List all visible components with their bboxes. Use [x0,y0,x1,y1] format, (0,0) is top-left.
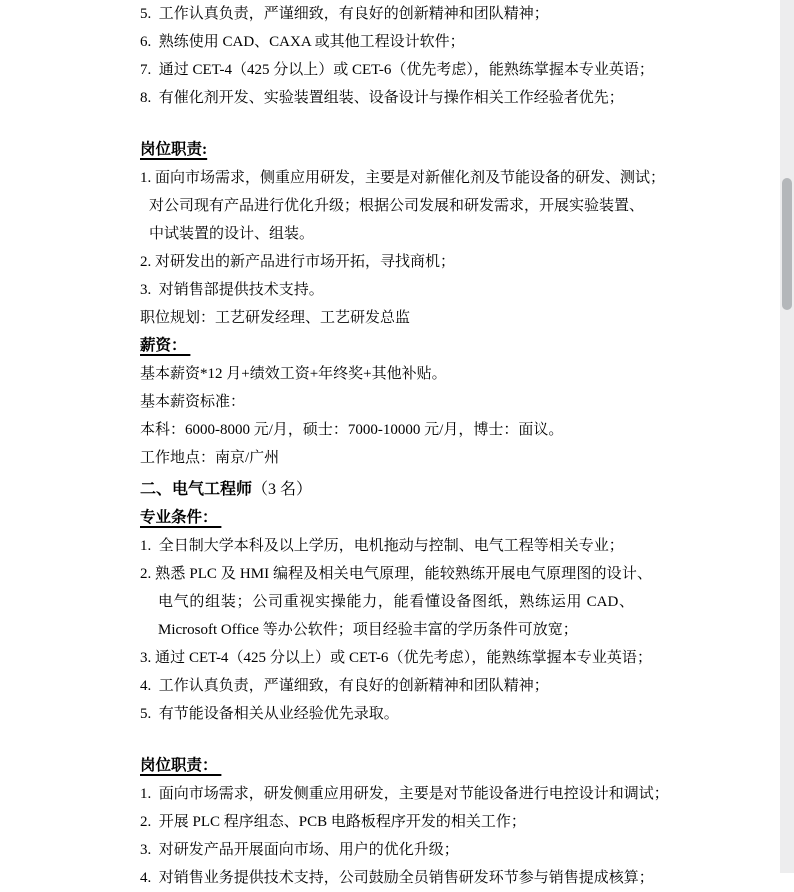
document-page: 5. 工作认真负责，严谨细致，有良好的创新精神和团队精神；6. 熟练使用 CAD… [0,0,780,873]
doc-line: 3. 对销售部提供技术支持。 [140,276,780,304]
doc-line: 中试装置的设计、组装。 [140,220,780,248]
doc-line: 8. 有催化剂开发、实验装置组装、设备设计与操作相关工作经验者优先； [140,84,780,112]
doc-line: 2. 对研发出的新产品进行市场开拓，寻找商机； [140,248,780,276]
job-title: 二、电气工程师（3 名） [140,476,780,504]
job-title-headcount: （3 名） [252,481,312,498]
doc-line: 4. 工作认真负责，严谨细致，有良好的创新精神和团队精神； [140,672,780,700]
doc-line: 7. 通过 CET-4（425 分以上）或 CET-6（优先考虑），能熟练掌握本… [140,56,780,84]
doc-line: Microsoft Office 等办公软件；项目经验丰富的学历条件可放宽； [140,616,780,644]
doc-line: 本科：6000-8000 元/月，硕士：7000-10000 元/月，博士：面议… [140,416,780,444]
section-heading: 岗位职责: [140,136,780,164]
doc-line: 基本薪资标准： [140,388,780,416]
doc-line: 2. 熟悉 PLC 及 HMI 编程及相关电气原理，能较熟练开展电气原理图的设计… [140,560,652,588]
doc-line: 1. 全日制大学本科及以上学历，电机拖动与控制、电气工程等相关专业； [140,532,780,560]
doc-line: 1. 面向市场需求，研发侧重应用研发，主要是对节能设备进行电控设计和调试； [140,780,780,808]
doc-line: 2. 开展 PLC 程序组态、PCB 电路板程序开发的相关工作； [140,808,780,836]
doc-line: 对公司现有产品进行优化升级；根据公司发展和研发需求，开展实验装置、 [140,192,780,220]
doc-line: 5. 有节能设备相关从业经验优先录取。 [140,700,780,728]
doc-line: 6. 熟练使用 CAD、CAXA 或其他工程设计软件； [140,28,780,56]
section-heading: 薪资： [140,332,780,360]
doc-line: 3. 通过 CET-4（425 分以上）或 CET-6（优先考虑），能熟练掌握本… [140,644,652,672]
doc-line: 电气的组装；公司重视实操能力，能看懂设备图纸，熟练运用 CAD、 [140,588,634,616]
section-heading: 岗位职责： [140,752,780,780]
doc-line: 3. 对研发产品开展面向市场、用户的优化升级； [140,836,780,864]
doc-line: 4. 对销售业务提供技术支持，公司鼓励全员销售研发环节参与销售提成核算； [140,864,780,873]
doc-line: 职位规划：工艺研发经理、工艺研发总监 [140,304,780,332]
scrollbar-track[interactable] [780,0,794,873]
section-heading: 专业条件： [140,504,780,532]
doc-line: 5. 工作认真负责，严谨细致，有良好的创新精神和团队精神； [140,0,780,28]
spacer [140,728,780,752]
spacer [140,112,780,136]
job-title-text: 二、电气工程师 [140,481,252,498]
doc-line: 1. 面向市场需求，侧重应用研发，主要是对新催化剂及节能设备的研发、测试； [140,164,780,192]
doc-line: 工作地点：南京/广州 [140,444,780,472]
doc-line: 基本薪资*12 月+绩效工资+年终奖+其他补贴。 [140,360,780,388]
scrollbar-thumb[interactable] [782,178,792,310]
